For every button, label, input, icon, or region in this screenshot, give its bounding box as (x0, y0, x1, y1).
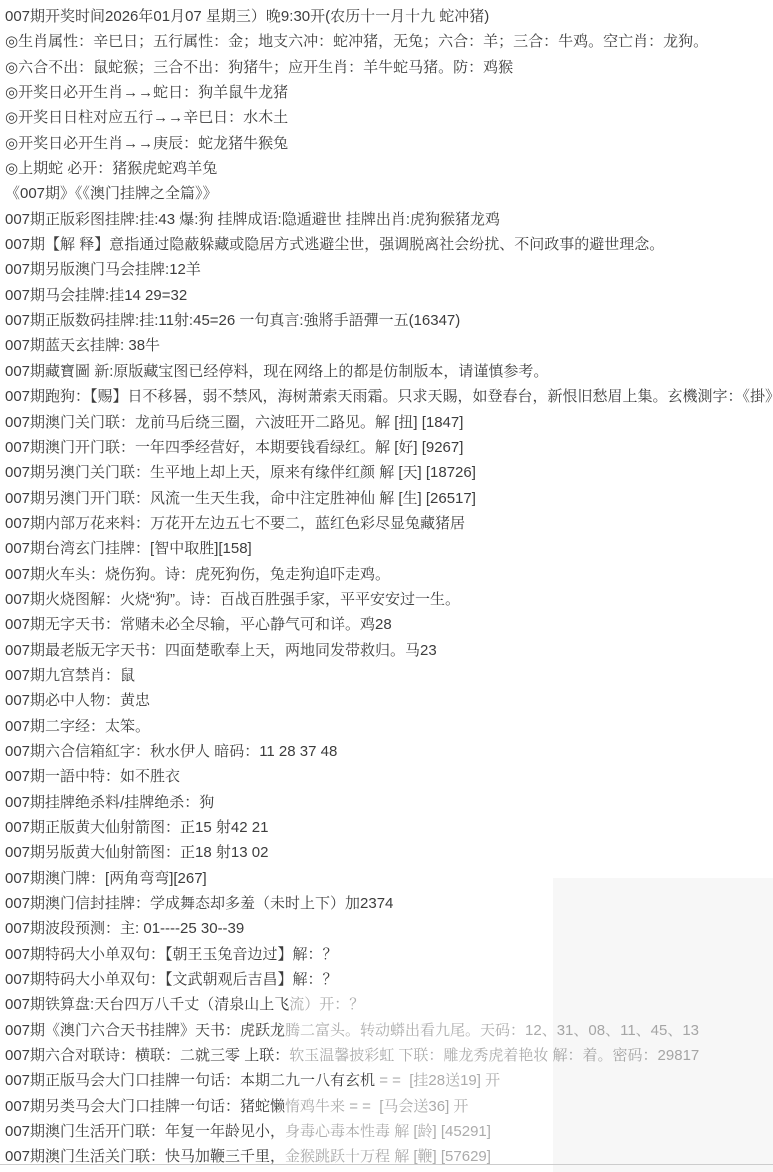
text-segment: ◎开奖日必开生肖→→蛇日：狗羊鼠牛龙猪 (5, 84, 288, 101)
text-segment: 007期澳门关门联：龙前马后绕三圈，六波旺开二路见。解 [扭] [1847] (5, 414, 463, 431)
text-segment: 007期正版彩图挂牌:挂:43 爆:狗 挂牌成语:隐遁避世 挂牌出肖:虎狗猴猪龙… (5, 211, 500, 228)
text-segment: 007期澳门开门联：一年四季经营好，本期要钱看绿红。解 [好] [9267] (5, 439, 463, 456)
text-segment: 007期特码大小单双句：【朝王玉兔音边过】解：？ (5, 946, 338, 963)
text-line: 《007期》《《澳门挂牌之全篇》》 (5, 181, 773, 206)
bottom-divider (0, 1164, 773, 1165)
text-line: 007期澳门开门联：一年四季经营好，本期要钱看绿红。解 [好] [9267] (5, 435, 773, 460)
text-segment: 007期内部万花来料：万花开左边五七不要二，蓝红色彩尽显兔藏猪居 (5, 515, 465, 532)
text-line: 007期开奖时间2026年01月07 星期三）晚9:30开(农历十一月十九 蛇冲… (5, 4, 773, 29)
text-segment: 007期台湾玄门挂牌：[智中取胜][158] (5, 540, 252, 557)
text-line: 007期特码大小单双句：【文武朝观后吉昌】解：？ (5, 967, 773, 992)
text-segment: 007期九宫禁肖：鼠 (5, 667, 135, 684)
text-segment: 007期【解 释】意指通过隐蔽躲藏或隐居方式逃避尘世，强调脱离社会纷扰、不问政事… (5, 236, 664, 253)
text-line: 007期特码大小单双句：【朝王玉兔音边过】解：？ (5, 942, 773, 967)
text-line: 007期正版黄大仙射箭图：正15 射42 21 (5, 815, 773, 840)
text-line: 007期铁算盘:天台四万八千丈（清泉山上飞流）开：？ (5, 992, 773, 1017)
text-line: 007期澳门生活关门联：快马加鞭三千里，金猴跳跃十万程 解 [鞭] [57629… (5, 1144, 773, 1169)
text-segment: 007期澳门牌：[两角弯弯][267] (5, 870, 207, 887)
text-line: 007期跑狗：【赐】日不移晷，弱不禁风，海树萧索天雨霜。只求天賜，如登春台，新恨… (5, 384, 773, 409)
text-segment: 007期开奖时间2026年01月07 星期三）晚9:30开(农历十一月十九 蛇冲… (5, 8, 489, 25)
lottery-info-page: 007期开奖时间2026年01月07 星期三）晚9:30开(农历十一月十九 蛇冲… (0, 0, 773, 1172)
text-segment: 007期另版黄大仙射箭图：正18 射13 02 (5, 844, 268, 861)
text-line: ◎开奖日日柱对应五行→→辛巳日：水木土 (5, 105, 773, 130)
text-line: 007期【解 释】意指通过隐蔽躲藏或隐居方式逃避尘世，强调脱离社会纷扰、不问政事… (5, 232, 773, 257)
text-segment: 007期特码大小单双句：【文武朝观后吉昌】解：？ (5, 971, 338, 988)
text-line: 007期必中人物：黄忠 (5, 688, 773, 713)
text-segment: 金猴跳跃十万程 解 [鞭] [57629] (285, 1148, 491, 1165)
text-segment: 007期澳门生活开门联：年复一年龄见小， (5, 1123, 285, 1140)
text-segment: 007期最老版无字天书：四面楚歌奉上天，两地同发带救归。马23 (5, 642, 437, 659)
text-segment: 007期马会挂牌:挂14 29=32 (5, 287, 187, 304)
text-line: 007期无字天书：常赌未必全尽输，平心静气可和详。鸡28 (5, 612, 773, 637)
text-segment: 007期澳门生活关门联：快马加鞭三千里， (5, 1148, 285, 1165)
text-segment: 007期另澳门开门联：风流一生天生我，命中注定胜神仙 解 [生] [26517] (5, 490, 476, 507)
text-line: 007期澳门生活开门联：年复一年龄见小，身毒心毒本性毒 解 [龄] [45291… (5, 1119, 773, 1144)
text-segment: 007期另澳门关门联：生平地上却上天，原来有缘伴红颜 解 [天] [18726] (5, 464, 476, 481)
text-segment: 007期挂牌绝杀料/挂牌绝杀：狗 (5, 794, 214, 811)
text-segment: 软玉温馨披彩虹 下联：雕龙秀虎着艳妆 解：着。密码：29817 (289, 1047, 699, 1064)
text-segment: 007期必中人物：黄忠 (5, 692, 150, 709)
text-line: 007期《澳门六合天书挂牌》天书：虎跃龙腾二富头。转动蟒出看九尾。天码：12、3… (5, 1018, 773, 1043)
text-segment: 腾二富头。转动蟒出看九尾。天码：12、31、08、11、45、13 (285, 1022, 699, 1039)
text-line: 007期火车头：烧伤狗。诗：虎死狗伤，兔走狗追吓走鸡。 (5, 562, 773, 587)
text-segment: 007期正版数码挂牌:挂:11射:45=26 一句真言:強將手語彈一五(1634… (5, 312, 460, 329)
text-segment: 007期无字天书：常赌未必全尽输，平心静气可和详。鸡28 (5, 616, 392, 633)
text-line: 007期另类马会大门口挂牌一句话：猪蛇懒惰鸡牛来 = = [马会送36] 开 (5, 1094, 773, 1119)
text-line: 007期挂牌绝杀料/挂牌绝杀：狗 (5, 790, 773, 815)
text-line: ◎开奖日必开生肖→→庚辰：蛇龙猪牛猴兔 (5, 131, 773, 156)
text-line: 007期火烧图解：火烧“狗”。诗：百战百胜强手家，平平安安过一生。 (5, 587, 773, 612)
text-segment: 惰鸡牛来 = = [马会送36] 开 (285, 1098, 468, 1115)
text-segment: ◎开奖日必开生肖→→庚辰：蛇龙猪牛猴兔 (5, 135, 288, 152)
text-segment: 流）开：？ (289, 996, 364, 1013)
text-line: 007期另澳门开门联：风流一生天生我，命中注定胜神仙 解 [生] [26517] (5, 486, 773, 511)
text-line: 007期澳门牌：[两角弯弯][267] (5, 866, 773, 891)
text-line: ◎开奖日必开生肖→→蛇日：狗羊鼠牛龙猪 (5, 80, 773, 105)
text-line: 007期藏寶圖 新:原版藏宝图已经停料，现在网络上的都是仿制版本，请谨慎参考。 (5, 359, 773, 384)
text-line: 007期马会挂牌:挂14 29=32 (5, 283, 773, 308)
text-segment: 身毒心毒本性毒 解 [龄] [45291] (285, 1123, 491, 1140)
text-segment: 007期波段预测：主: 01----25 30--39 (5, 920, 244, 937)
text-line: 007期正版彩图挂牌:挂:43 爆:狗 挂牌成语:隐遁避世 挂牌出肖:虎狗猴猪龙… (5, 207, 773, 232)
text-segment: = = [挂28送19] 开 (375, 1072, 500, 1089)
text-segment: 007期正版马会大门口挂牌一句话：本期二九一八有玄机 (5, 1072, 375, 1089)
text-line: 007期澳门信封挂牌：学成舞态却多羞（未时上下）加2374 (5, 891, 773, 916)
text-segment: 007期蓝天玄挂牌: 38牛 (5, 337, 160, 354)
text-line: 007期澳门关门联：龙前马后绕三圈，六波旺开二路见。解 [扭] [1847] (5, 410, 773, 435)
text-segment: 007期另版澳门马会挂牌:12羊 (5, 261, 201, 278)
text-segment: 007期六合对联诗：横联：二就三零 上联： (5, 1047, 289, 1064)
text-line: 007期另澳门关门联：生平地上却上天，原来有缘伴红颜 解 [天] [18726] (5, 460, 773, 485)
text-line: 007期六合对联诗：横联：二就三零 上联：软玉温馨披彩虹 下联：雕龙秀虎着艳妆 … (5, 1043, 773, 1068)
text-line: 007期另版黄大仙射箭图：正18 射13 02 (5, 840, 773, 865)
text-segment: ◎开奖日日柱对应五行→→辛巳日：水木土 (5, 109, 288, 126)
text-line: 007期正版马会大门口挂牌一句话：本期二九一八有玄机 = = [挂28送19] … (5, 1068, 773, 1093)
text-segment: 007期另类马会大门口挂牌一句话：猪蛇懒 (5, 1098, 285, 1115)
text-segment: 007期藏寶圖 新:原版藏宝图已经停料，现在网络上的都是仿制版本，请谨慎参考。 (5, 363, 548, 380)
text-line: 007期内部万花来料：万花开左边五七不要二，蓝红色彩尽显兔藏猪居 (5, 511, 773, 536)
text-line: 007期最老版无字天书：四面楚歌奉上天，两地同发带救归。马23 (5, 638, 773, 663)
text-segment: ◎生肖属性：辛巳日；五行属性：金；地支六冲：蛇冲猪，无兔；六合：羊；三合：牛鸡。… (5, 33, 708, 50)
lottery-info-lines: 007期开奖时间2026年01月07 星期三）晚9:30开(农历十一月十九 蛇冲… (5, 4, 773, 1170)
text-segment: 007期正版黄大仙射箭图：正15 射42 21 (5, 819, 268, 836)
text-segment: 007期一語中特：如不胜衣 (5, 768, 180, 785)
text-segment: 007期火烧图解：火烧“狗”。诗：百战百胜强手家，平平安安过一生。 (5, 591, 460, 608)
text-line: 007期正版数码挂牌:挂:11射:45=26 一句真言:強將手語彈一五(1634… (5, 308, 773, 333)
text-line: 007期另版澳门马会挂牌:12羊 (5, 257, 773, 282)
text-segment: ◎六合不出：鼠蛇猴；三合不出：狗猪牛；应开生肖：羊牛蛇马猪。防：鸡猴 (5, 59, 513, 76)
text-segment: 007期跑狗：【赐】日不移晷，弱不禁风，海树萧索天雨霜。只求天賜，如登春台，新恨… (5, 388, 773, 405)
text-line: ◎六合不出：鼠蛇猴；三合不出：狗猪牛；应开生肖：羊牛蛇马猪。防：鸡猴 (5, 55, 773, 80)
text-line: 007期二字经：太笨。 (5, 714, 773, 739)
text-line: 007期波段预测：主: 01----25 30--39 (5, 916, 773, 941)
text-segment: 007期铁算盘:天台四万八千丈（清泉山上飞 (5, 996, 289, 1013)
text-line: 007期一語中特：如不胜衣 (5, 764, 773, 789)
text-segment: 《007期》《《澳门挂牌之全篇》》 (5, 185, 218, 202)
text-line: 007期九宫禁肖：鼠 (5, 663, 773, 688)
text-segment: 007期二字经：太笨。 (5, 718, 150, 735)
text-segment: ◎上期蛇 必开：猪猴虎蛇鸡羊兔 (5, 160, 217, 177)
text-line: 007期台湾玄门挂牌：[智中取胜][158] (5, 536, 773, 561)
text-line: 007期六合信箱紅字：秋水伊人 暗码：11 28 37 48 (5, 739, 773, 764)
text-segment: 007期《澳门六合天书挂牌》天书：虎跃龙 (5, 1022, 285, 1039)
text-line: ◎生肖属性：辛巳日；五行属性：金；地支六冲：蛇冲猪，无兔；六合：羊；三合：牛鸡。… (5, 29, 773, 54)
text-line: ◎上期蛇 必开：猪猴虎蛇鸡羊兔 (5, 156, 773, 181)
text-segment: 007期六合信箱紅字：秋水伊人 暗码：11 28 37 48 (5, 743, 337, 760)
text-segment: 007期澳门信封挂牌：学成舞态却多羞（未时上下）加2374 (5, 895, 393, 912)
text-segment: 007期火车头：烧伤狗。诗：虎死狗伤，兔走狗追吓走鸡。 (5, 566, 390, 583)
text-line: 007期蓝天玄挂牌: 38牛 (5, 333, 773, 358)
